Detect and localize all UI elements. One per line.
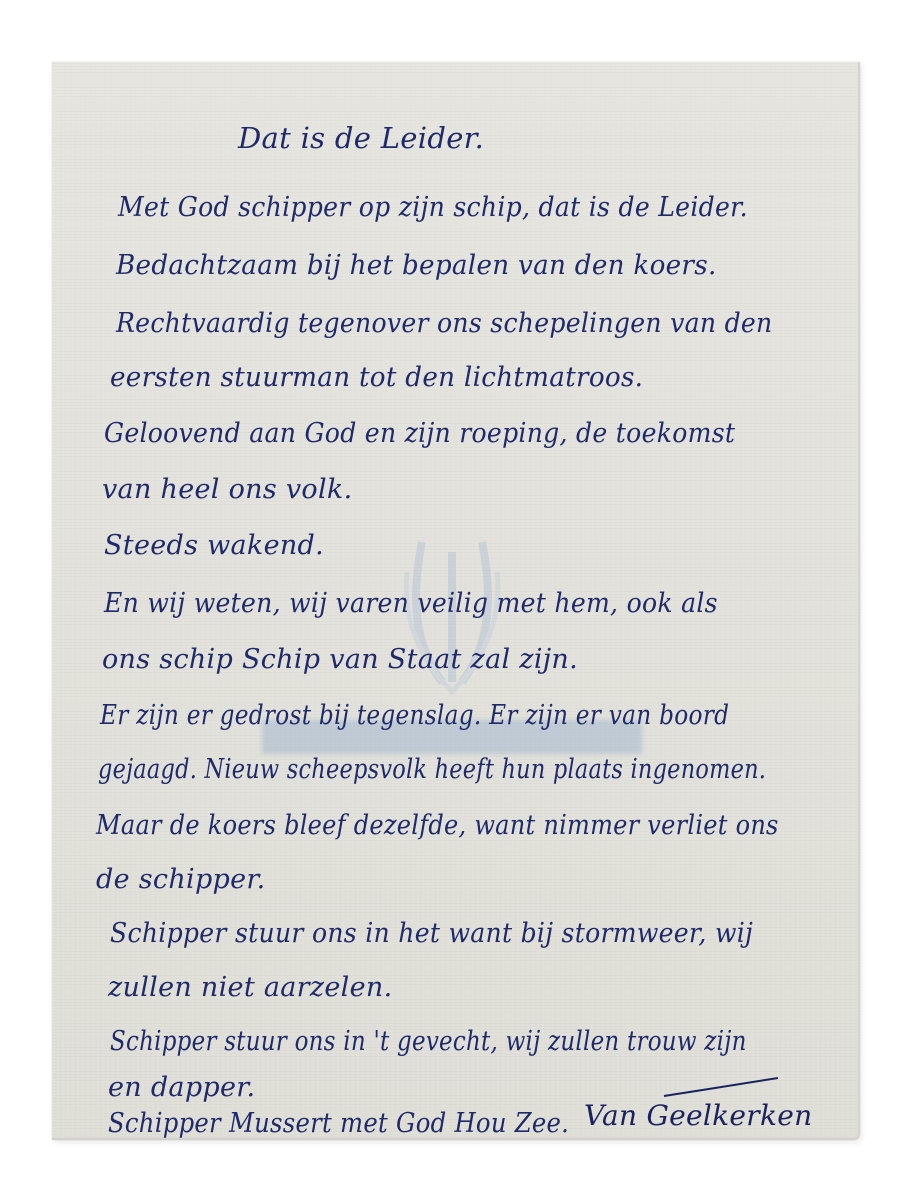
letter-line-7: Steeds wakend. [104,532,324,559]
letter-line-15: zullen niet aarzelen. [108,974,392,1001]
signature-flourish-icon [662,1076,780,1098]
letter-line-10: Er zijn er gedrost bij tegenslag. Er zij… [100,702,729,729]
letter-line-6: van heel ons volk. [102,476,352,503]
letter-title: Dat is de Leider. [238,124,484,153]
letter-line-4: eersten stuurman tot den lichtmatroos. [110,364,643,391]
letter-line-13: de schipper. [96,866,266,893]
letter-line-16: Schipper stuur ons in 't gevecht, wij zu… [110,1028,747,1055]
photo-background: Dat is de Leider. Met God schipper op zi… [0,0,900,1200]
letter-line-12: Maar de koers bleef dezelfde, want nimme… [96,812,779,839]
letter-line-14: Schipper stuur ons in het want bij storm… [110,920,753,947]
letter-line-1: Met God schipper op zijn schip, dat is d… [118,194,748,221]
signature: Van Geelkerken [584,1102,812,1130]
letter-line-8: En wij weten, wij varen veilig met hem, … [104,590,718,617]
letter-line-3: Rechtvaardig tegenover ons schepelingen … [116,310,773,337]
letter-line-2: Bedachtzaam bij het bepalen van den koer… [116,252,717,279]
letter-paper: Dat is de Leider. Met God schipper op zi… [52,62,860,1140]
letter-line-11: gejaagd. Nieuw scheepsvolk heeft hun pla… [98,756,766,783]
letter-line-9: ons schip Schip van Staat zal zijn. [102,646,578,673]
letter-line-18: Schipper Mussert met God Hou Zee. [108,1110,569,1137]
letter-line-5: Geloovend aan God en zijn roeping, de to… [104,420,735,447]
letter-line-17: en dapper. [108,1074,255,1101]
